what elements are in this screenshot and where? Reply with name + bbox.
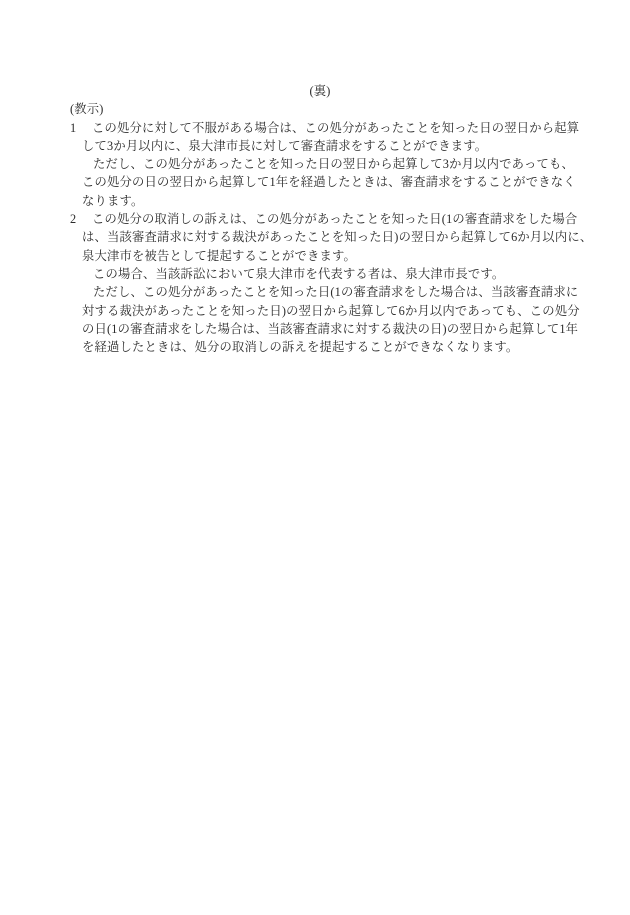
document-line: この処分の日の翌日から起算して1年を経過したときは、審査請求をすることができなく: [70, 173, 570, 191]
document-line: 対する裁決があったことを知った日)の翌日から起算して6か月以内であっても、この処…: [70, 302, 570, 320]
document-line: 1この処分に対して不服がある場合は、この処分があったことを知った日の翌日から起算: [70, 119, 570, 137]
notice-heading: (教示): [70, 100, 570, 118]
list-number: 2: [70, 210, 92, 228]
document-line: は、当該審査請求に対する裁決があったことを知った日)の翌日から起算して6か月以内…: [70, 228, 570, 246]
line-text: この処分の取消しの訴えは、この処分があったことを知った日(1の審査請求をした場合: [92, 212, 577, 226]
document-line: を経過したときは、処分の取消しの訴えを提起することができなくなります。: [70, 338, 570, 356]
page-side-label: (裏): [70, 82, 570, 100]
document-line: ただし、この処分があったことを知った日の翌日から起算して3か月以内であっても、: [70, 155, 570, 173]
line-text: この処分に対して不服がある場合は、この処分があったことを知った日の翌日から起算: [92, 121, 579, 135]
document-line: の日(1の審査請求をした場合は、当該審査請求に対する裁決の日)の翌日から起算して…: [70, 320, 570, 338]
document-line: この場合、当該訴訟において泉大津市を代表する者は、泉大津市長です。: [70, 265, 570, 283]
document-content: (裏) (教示) 1この処分に対して不服がある場合は、この処分があったことを知っ…: [70, 82, 570, 356]
document-line: なります。: [70, 192, 570, 210]
document-line: 泉大津市を被告として提起することができます。: [70, 247, 570, 265]
document-line: して3か月以内に、泉大津市長に対して審査請求をすることができます。: [70, 137, 570, 155]
document-line: ただし、この処分があったことを知った日(1の審査請求をした場合は、当該審査請求に: [70, 283, 570, 301]
document-page: (裏) (教示) 1この処分に対して不服がある場合は、この処分があったことを知っ…: [0, 0, 630, 915]
list-number: 1: [70, 119, 92, 137]
document-line: 2この処分の取消しの訴えは、この処分があったことを知った日(1の審査請求をした場…: [70, 210, 570, 228]
